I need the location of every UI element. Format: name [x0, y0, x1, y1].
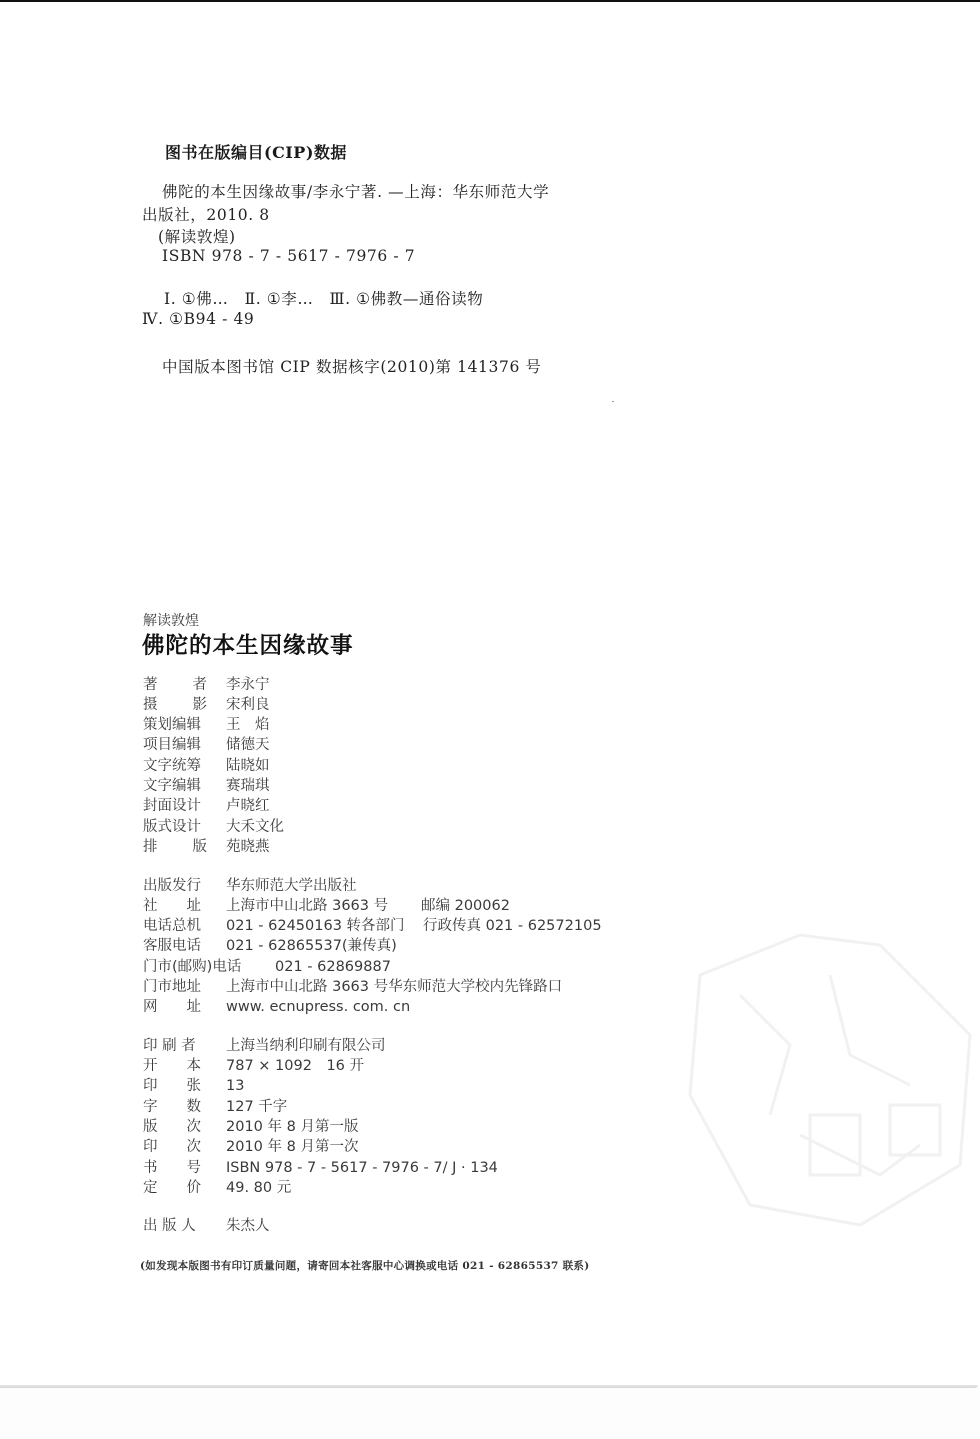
credit-label: 文字统筹: [143, 756, 207, 776]
faint-watermark-illustration: [680, 915, 980, 1235]
credit-label: 摄影: [143, 695, 207, 715]
book-title: 佛陀的本生因缘故事: [142, 628, 354, 660]
series-name: 解读敦煌: [143, 610, 199, 630]
credit-label: 著者: [143, 675, 207, 695]
cip-series: (解读敦煌): [158, 225, 236, 247]
cip-heading: 图书在版编目(CIP)数据: [165, 140, 347, 163]
credit-label: 项目编辑: [143, 735, 207, 755]
credit-value: 赛瑞琪: [226, 776, 270, 796]
credit-label: 策划编辑: [143, 715, 207, 735]
credit-label: 排版: [143, 837, 207, 857]
cip-record-number: 中国版本图书馆 CIP 数据核字(2010)第 141376 号: [162, 355, 542, 377]
credit-value: 王 焰: [226, 715, 270, 735]
admin-fax: 行政传真 021 - 62572105: [423, 916, 602, 936]
credit-value: 卢晓红: [226, 796, 270, 816]
credit-value: 大禾文化: [226, 817, 284, 837]
cip-subjects-line2: Ⅳ. ①B94 - 49: [142, 310, 254, 328]
credit-value: 李永宁: [226, 675, 270, 695]
credit-value: 陆晓如: [226, 756, 270, 776]
cip-entry-line1: 佛陀的本生因缘故事/李永宁著. —上海：华东师范大学: [162, 180, 549, 202]
credit-value: 苑晓燕: [226, 837, 270, 857]
cip-entry-line2: 出版社，2010. 8: [142, 203, 270, 225]
credit-label: 文字编辑: [143, 776, 207, 796]
scan-speck: [612, 401, 614, 402]
quality-notice: (如发现本版图书有印订质量问题，请寄回本社客服中心调换或电话 021 - 628…: [140, 1258, 589, 1273]
cip-isbn: ISBN 978 - 7 - 5617 - 7976 - 7: [162, 247, 415, 265]
postcode: 邮编 200062: [421, 896, 510, 916]
website-link: www. ecnupress. com. cn: [226, 997, 410, 1017]
page-top-border: [0, 0, 980, 2]
cip-subjects-line1: Ⅰ. ①佛… Ⅱ. ①李… Ⅲ. ①佛教—通俗读物: [164, 287, 483, 309]
credit-label: 封面设计: [143, 796, 207, 816]
page-margin-bottom: [0, 1388, 980, 1439]
credit-label: 版式设计: [143, 817, 207, 837]
credit-value: 储德天: [226, 735, 270, 755]
credit-value: 宋利良: [226, 695, 270, 715]
